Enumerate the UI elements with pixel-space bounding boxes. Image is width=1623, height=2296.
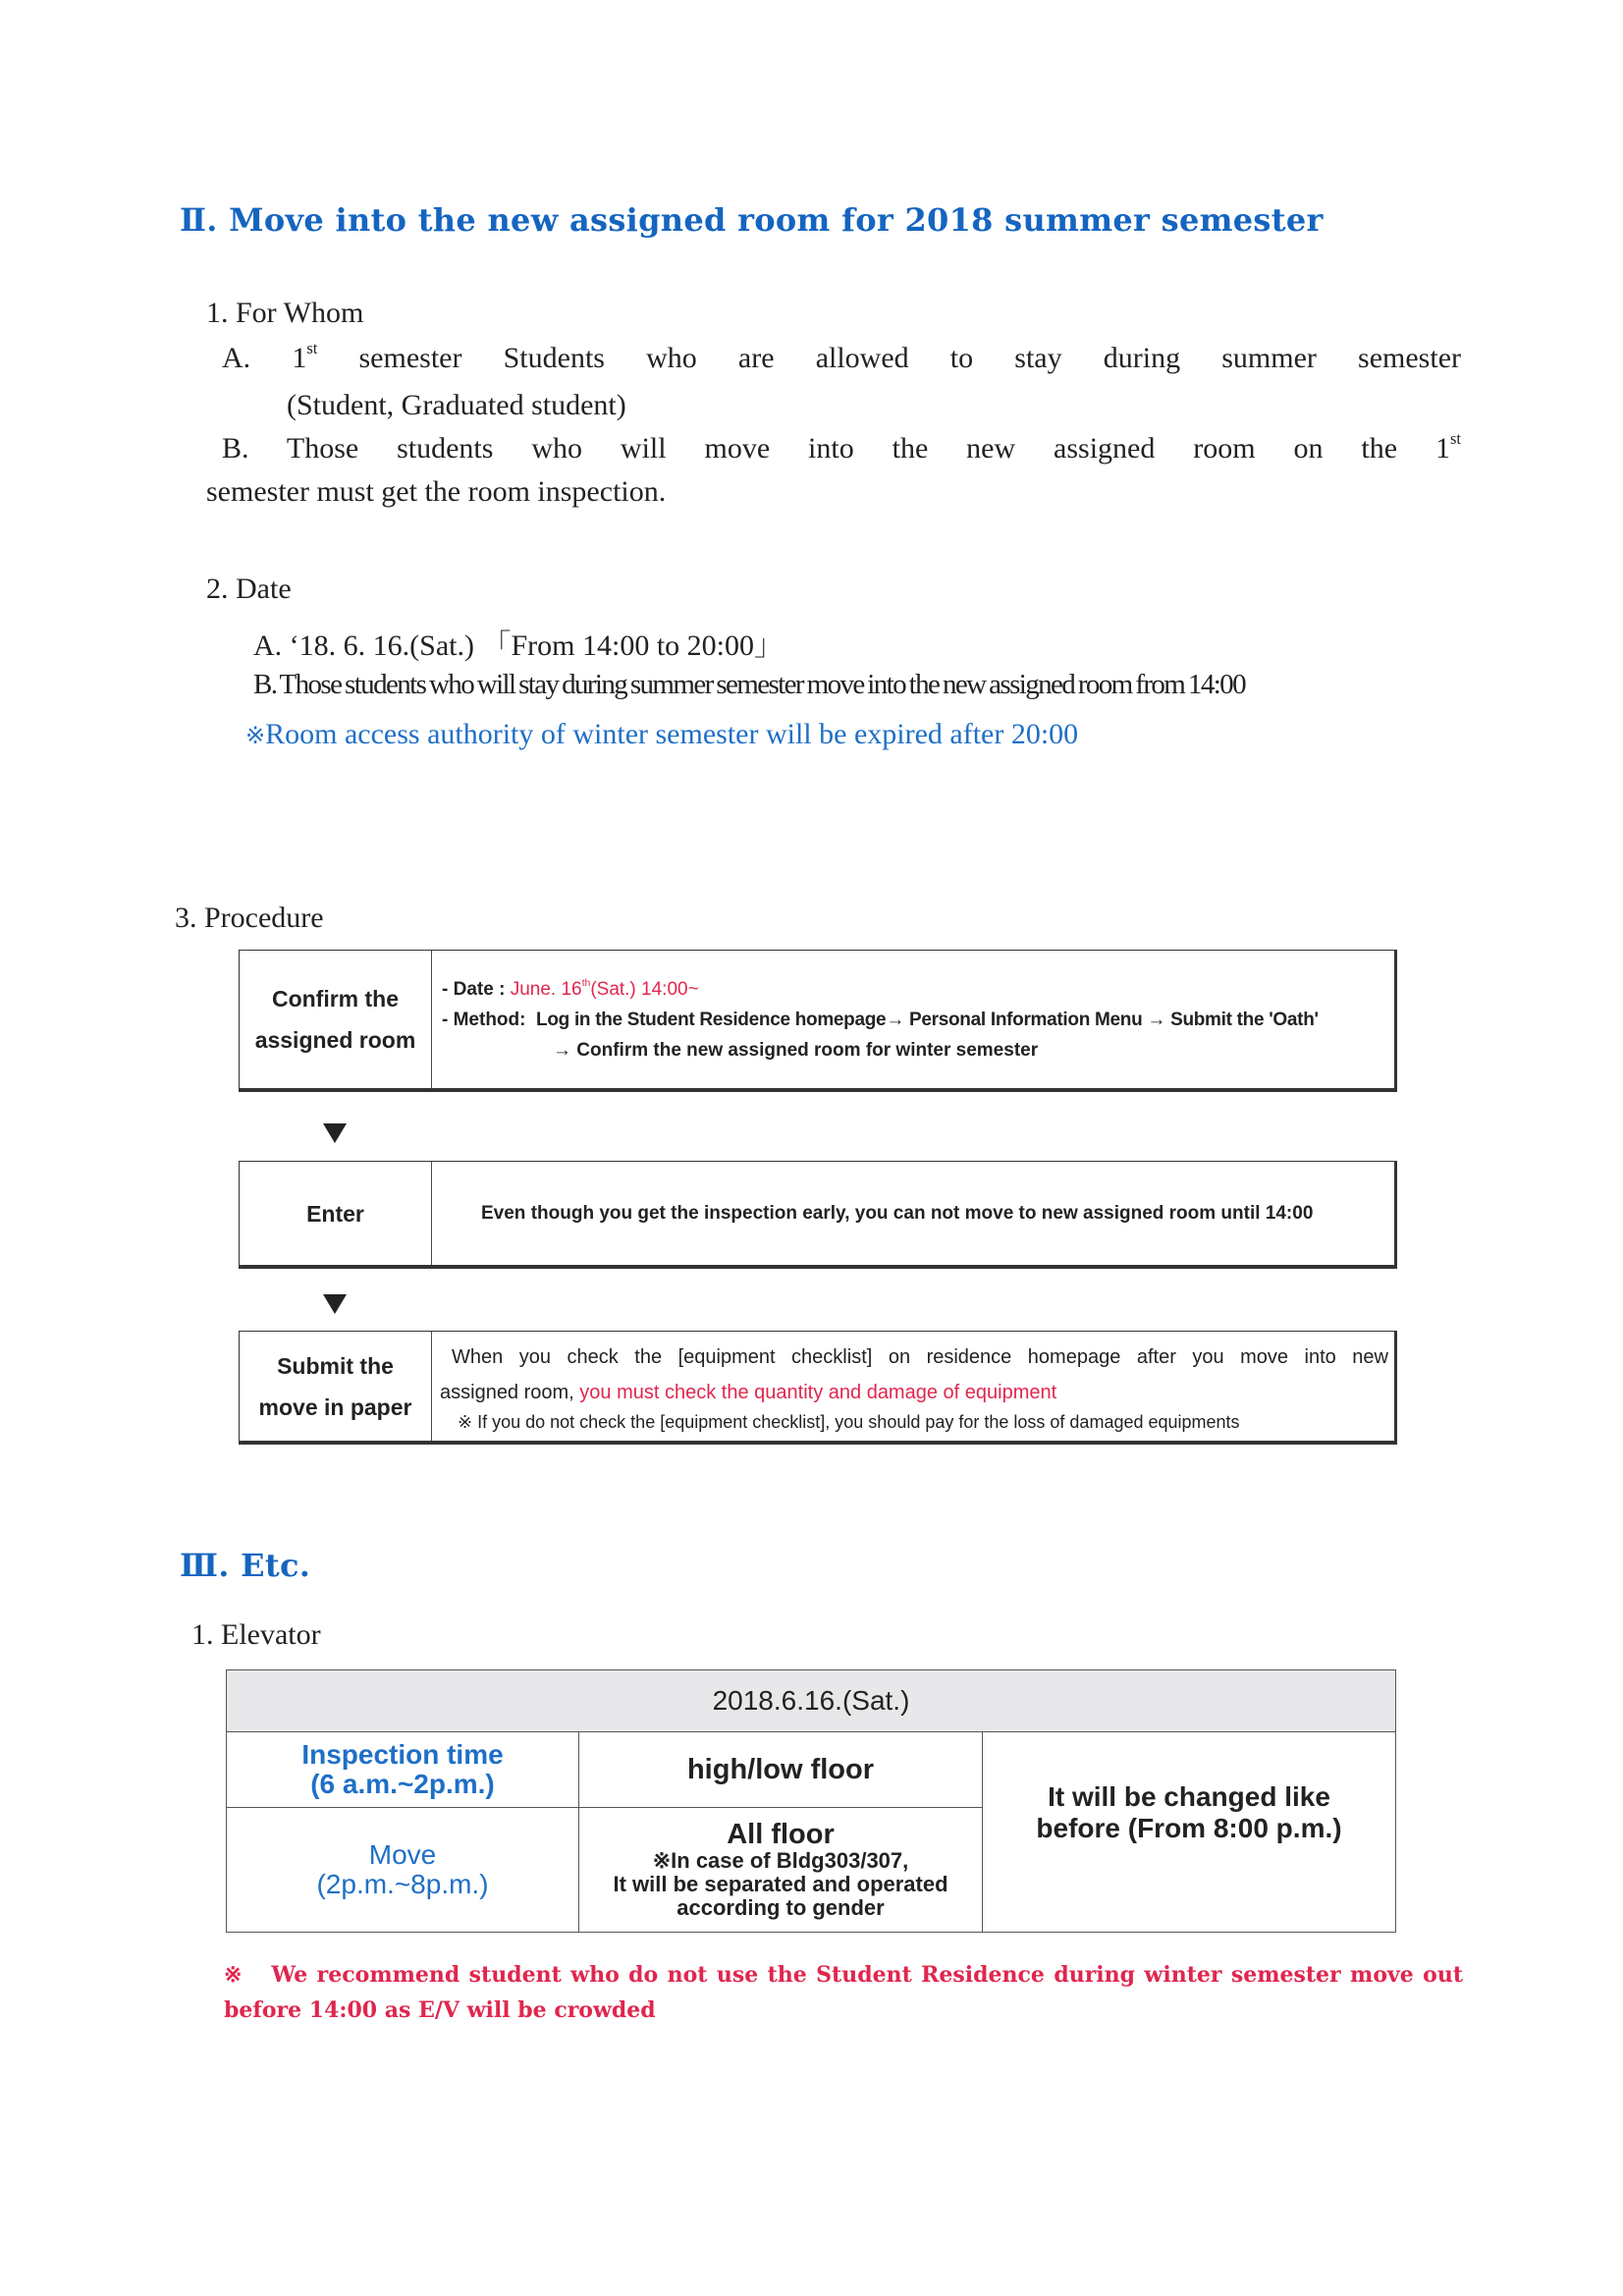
date-item-b: B. Those students who will stay during s… <box>253 669 1245 701</box>
date-item-a: A. ‘18. 6. 16.(Sat.) 「From 14:00 to 20:0… <box>253 621 784 664</box>
step-label: Enter <box>240 1162 432 1265</box>
step-text-line1: When you check the [equipment checklist]… <box>440 1339 1388 1375</box>
section-3-numeral: Ⅲ. <box>180 1547 230 1584</box>
procedure-step-confirm: Confirm theassigned room - Date : June. … <box>239 950 1397 1092</box>
arrow-down-icon <box>323 1123 347 1143</box>
section-3-title: Etc. <box>241 1547 310 1584</box>
step-method-cont: → Confirm the new assigned room for wint… <box>442 1035 1394 1066</box>
item-a-ordinal: 1st <box>292 342 317 374</box>
section-2-title: Move into the new assigned room for 2018… <box>229 201 1323 239</box>
table-row: Inspection time(6 a.m.~2p.m.) high/low f… <box>227 1732 1396 1808</box>
elevator-note-cont: before 14:00 as E/V will be crowded <box>224 1997 656 2023</box>
date-note-text: Room access authority of winter semester… <box>265 718 1078 750</box>
procedure-step-submit: Submit themove in paper When you check t… <box>239 1331 1397 1445</box>
section-3-heading: Ⅲ. Etc. <box>180 1547 310 1584</box>
step-content: When you check the [equipment checklist]… <box>432 1332 1394 1441</box>
table-date-header: 2018.6.16.(Sat.) <box>227 1670 1396 1732</box>
floor-cell: All floor ※In case of Bldg303/307, It wi… <box>579 1808 983 1933</box>
reference-mark-icon: ※ <box>245 724 265 749</box>
table-header-row: 2018.6.16.(Sat.) <box>227 1670 1396 1732</box>
section-2-numeral: Ⅱ. <box>180 201 218 239</box>
inspection-time-cell: Inspection time(6 a.m.~2p.m.) <box>227 1732 579 1808</box>
step-label: Confirm theassigned room <box>240 951 432 1088</box>
procedure-heading: 3. Procedure <box>175 902 324 935</box>
step-content: - Date : June. 16th(Sat.) 14:00~ - Metho… <box>432 951 1394 1088</box>
for-whom-item-a-sub: (Student, Graduated student) <box>287 389 626 422</box>
for-whom-item-a: A. 1st semester Students who are allowed… <box>222 342 1461 375</box>
item-b-text: B. Those students who will move into the… <box>222 432 1397 465</box>
step-method-line: - Method: Log in the Student Residence h… <box>442 1005 1394 1035</box>
for-whom-item-b-cont: semester must get the room inspection. <box>206 475 666 509</box>
date-heading: 2. Date <box>206 573 292 606</box>
move-time-cell: Move(2p.m.~8p.m.) <box>227 1808 579 1933</box>
step-date-value: June. 16th(Sat.) 14:00~ <box>511 979 699 1000</box>
step-date-line: - Date : June. 16th(Sat.) 14:00~ <box>442 974 1394 1005</box>
step-warning-text: Even though you get the inspection early… <box>432 1162 1394 1265</box>
item-a-text: semester Students who are allowed to sta… <box>359 342 1462 374</box>
elevator-note: ※ We recommend student who do not use th… <box>224 1962 1463 1988</box>
after-hours-cell: It will be changed likebefore (From 8:00… <box>983 1732 1396 1933</box>
item-b-ordinal: 1st <box>1435 432 1461 465</box>
item-a-label: A. <box>222 342 250 374</box>
elevator-table: 2018.6.16.(Sat.) Inspection time(6 a.m.~… <box>226 1669 1396 1933</box>
elevator-note-text: We recommend student who do not use the … <box>271 1962 1463 1988</box>
procedure-step-enter: Enter Even though you get the inspection… <box>239 1161 1397 1269</box>
elevator-heading: 1. Elevator <box>191 1618 321 1652</box>
step-label: Submit themove in paper <box>240 1332 432 1441</box>
for-whom-heading: 1. For Whom <box>206 297 363 330</box>
reference-mark-icon: ※ <box>224 1962 243 1988</box>
step-note: ※ If you do not check the [equipment che… <box>440 1410 1388 1434</box>
date-note: ※Room access authority of winter semeste… <box>245 718 1078 751</box>
step-text-line2: assigned room, you must check the quanti… <box>440 1375 1388 1410</box>
arrow-down-icon <box>323 1294 347 1314</box>
for-whom-item-b: B. Those students who will move into the… <box>222 432 1461 465</box>
floor-cell: high/low floor <box>579 1732 983 1808</box>
section-2-heading: Ⅱ. Move into the new assigned room for 2… <box>180 201 1324 239</box>
